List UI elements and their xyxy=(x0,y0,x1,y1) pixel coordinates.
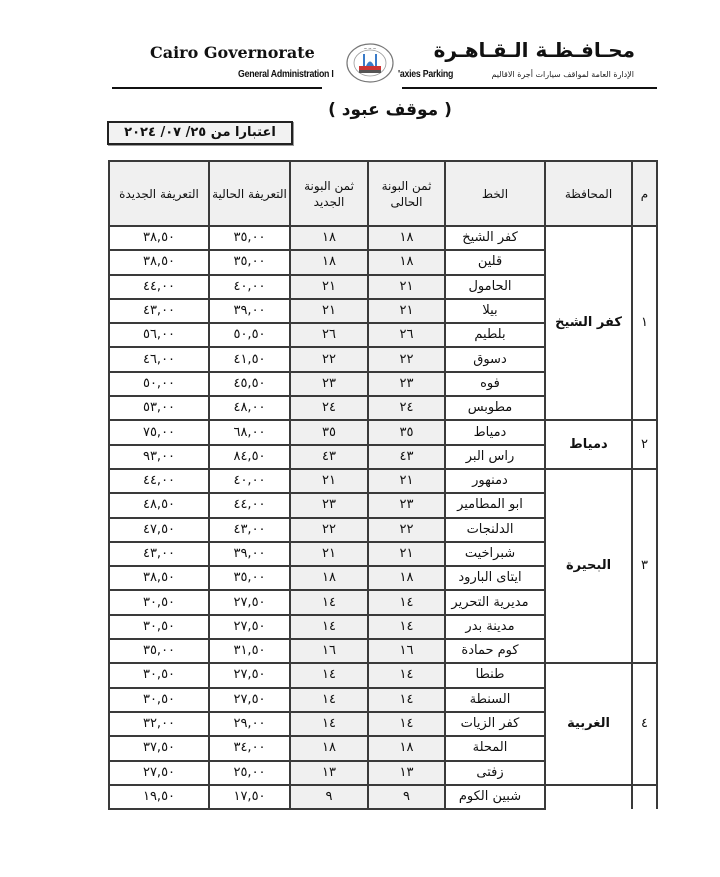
governorate-cell xyxy=(545,785,632,809)
line-name-cell: مدينة بدر xyxy=(445,615,545,639)
line-name-cell: طنطا xyxy=(445,663,545,687)
fare-current-cell: ٨٤,٥٠ xyxy=(209,445,290,469)
coupon-current-cell: ٢٣ xyxy=(368,372,445,396)
coupon-new-cell: ٢١ xyxy=(290,542,368,566)
table-row: ٢دمياطدمياط٣٥٣٥٦٨,٠٠٧٥,٠٠ xyxy=(109,420,657,444)
column-header-index: م xyxy=(632,161,657,226)
line-name-cell: المحلة xyxy=(445,736,545,760)
line-name-cell: دمياط xyxy=(445,420,545,444)
fare-new-cell: ٤٧,٥٠ xyxy=(109,518,209,542)
coupon-new-cell: ٢٣ xyxy=(290,372,368,396)
line-name-cell: بلطيم xyxy=(445,323,545,347)
coupon-current-cell: ١٦ xyxy=(368,639,445,663)
fare-current-cell: ٤٥,٥٠ xyxy=(209,372,290,396)
fare-new-cell: ٣٠,٥٠ xyxy=(109,663,209,687)
fare-current-cell: ٤٣,٠٠ xyxy=(209,518,290,542)
line-name-cell: دسوق xyxy=(445,347,545,371)
coupon-current-cell: ٢١ xyxy=(368,299,445,323)
line-name-cell: ابو المطامير xyxy=(445,493,545,517)
fare-current-cell: ٤٤,٠٠ xyxy=(209,493,290,517)
coupon-new-cell: ١٤ xyxy=(290,688,368,712)
fare-new-cell: ٤٤,٠٠ xyxy=(109,275,209,299)
fare-new-cell: ٣٨,٥٠ xyxy=(109,566,209,590)
fare-current-cell: ٢٥,٠٠ xyxy=(209,761,290,785)
fare-new-cell: ٣٠,٥٠ xyxy=(109,688,209,712)
coupon-current-cell: ٤٣ xyxy=(368,445,445,469)
column-header-fare-current: التعريفة الحالية xyxy=(209,161,290,226)
fare-new-cell: ٣٧,٥٠ xyxy=(109,736,209,760)
coupon-new-cell: ٢١ xyxy=(290,299,368,323)
line-name-cell: مطوبس xyxy=(445,396,545,420)
fare-current-cell: ٢٧,٥٠ xyxy=(209,615,290,639)
line-name-cell: كفر الزيات xyxy=(445,712,545,736)
fare-new-cell: ٧٥,٠٠ xyxy=(109,420,209,444)
group-index: ١ xyxy=(632,226,657,420)
fare-new-cell: ٤٣,٠٠ xyxy=(109,542,209,566)
fare-current-cell: ٤١,٥٠ xyxy=(209,347,290,371)
fare-new-cell: ٤٨,٥٠ xyxy=(109,493,209,517)
header-english-subtitle-right: 'axies Parking xyxy=(398,69,453,80)
coupon-current-cell: ٢٢ xyxy=(368,347,445,371)
fare-new-cell: ٣٨,٥٠ xyxy=(109,250,209,274)
fare-new-cell: ٣٠,٥٠ xyxy=(109,590,209,614)
coupon-current-cell: ٢١ xyxy=(368,469,445,493)
coupon-current-cell: ١٤ xyxy=(368,688,445,712)
column-header-line: الخط xyxy=(445,161,545,226)
column-header-coupon-new: ثمن البونة الجديد xyxy=(290,161,368,226)
column-header-coupon-current: ثمن البونة الحالى xyxy=(368,161,445,226)
fare-current-cell: ٤٨,٠٠ xyxy=(209,396,290,420)
group-index: ٤ xyxy=(632,663,657,784)
coupon-new-cell: ١٤ xyxy=(290,590,368,614)
line-name-cell: كوم حمادة xyxy=(445,639,545,663)
fare-current-cell: ٣٩,٠٠ xyxy=(209,542,290,566)
coupon-new-cell: ٢٢ xyxy=(290,518,368,542)
coupon-current-cell: ١٨ xyxy=(368,226,445,250)
fare-new-cell: ٩٣,٠٠ xyxy=(109,445,209,469)
line-name-cell: كفر الشيخ xyxy=(445,226,545,250)
fare-new-cell: ٥٣,٠٠ xyxy=(109,396,209,420)
coupon-new-cell: ٤٣ xyxy=(290,445,368,469)
fare-current-cell: ٦٨,٠٠ xyxy=(209,420,290,444)
coupon-current-cell: ١٤ xyxy=(368,590,445,614)
coupon-current-cell: ١٤ xyxy=(368,663,445,687)
fare-new-cell: ٣٥,٠٠ xyxy=(109,639,209,663)
svg-text:~ ~ ~: ~ ~ ~ xyxy=(364,46,377,51)
fare-current-cell: ٤٠,٠٠ xyxy=(209,275,290,299)
line-name-cell: فوه xyxy=(445,372,545,396)
fare-current-cell: ٢٧,٥٠ xyxy=(209,663,290,687)
column-header-fare-new: التعريفة الجديدة xyxy=(109,161,209,226)
fare-current-cell: ٤٠,٠٠ xyxy=(209,469,290,493)
coupon-current-cell: ٢١ xyxy=(368,542,445,566)
header-arabic-title: محـافـظـة الـقـاهـرة xyxy=(434,38,635,62)
governorate-emblem-icon: ~ ~ ~ xyxy=(345,42,395,84)
coupon-current-cell: ٢٤ xyxy=(368,396,445,420)
coupon-new-cell: ١٤ xyxy=(290,712,368,736)
coupon-new-cell: ١٦ xyxy=(290,639,368,663)
coupon-current-cell: ١٤ xyxy=(368,615,445,639)
fare-new-cell: ٤٣,٠٠ xyxy=(109,299,209,323)
line-name-cell: شبين الكوم xyxy=(445,785,545,809)
coupon-current-cell: ٢٢ xyxy=(368,518,445,542)
header-arabic-subtitle: الإدارة العامة لمواقف سيارات أجرة الاقال… xyxy=(491,70,634,79)
line-name-cell: الدلنجات xyxy=(445,518,545,542)
coupon-new-cell: ١٤ xyxy=(290,615,368,639)
coupon-current-cell: ١٨ xyxy=(368,566,445,590)
fare-current-cell: ٢٧,٥٠ xyxy=(209,688,290,712)
table-row: ٣البحيرةدمنهور٢١٢١٤٠,٠٠٤٤,٠٠ xyxy=(109,469,657,493)
column-header-governorate: المحافظة xyxy=(545,161,632,226)
effective-date-box: اعتبارا من ٢٥/ ٠٧/ ٢٠٢٤ xyxy=(107,121,293,145)
coupon-new-cell: ١٨ xyxy=(290,226,368,250)
coupon-current-cell: ٩ xyxy=(368,785,445,809)
table-row: ٤الغربيةطنطا١٤١٤٢٧,٥٠٣٠,٥٠ xyxy=(109,663,657,687)
line-name-cell: بيلا xyxy=(445,299,545,323)
coupon-current-cell: ١٤ xyxy=(368,712,445,736)
coupon-new-cell: ٢٦ xyxy=(290,323,368,347)
fare-current-cell: ٣٥,٠٠ xyxy=(209,250,290,274)
coupon-new-cell: ١٤ xyxy=(290,663,368,687)
governorate-cell: دمياط xyxy=(545,420,632,469)
header-english-title: Cairo Governorate xyxy=(150,43,315,62)
line-name-cell: الحامول xyxy=(445,275,545,299)
governorate-cell: البحيرة xyxy=(545,469,632,663)
governorate-cell: الغربية xyxy=(545,663,632,784)
coupon-new-cell: ٢١ xyxy=(290,275,368,299)
fare-new-cell: ٥٠,٠٠ xyxy=(109,372,209,396)
coupon-current-cell: ١٨ xyxy=(368,250,445,274)
coupon-new-cell: ١٨ xyxy=(290,736,368,760)
line-name-cell: زفتى xyxy=(445,761,545,785)
fare-current-cell: ٣١,٥٠ xyxy=(209,639,290,663)
fare-current-cell: ٣٤,٠٠ xyxy=(209,736,290,760)
fare-current-cell: ٣٩,٠٠ xyxy=(209,299,290,323)
fare-new-cell: ٥٦,٠٠ xyxy=(109,323,209,347)
coupon-new-cell: ١٨ xyxy=(290,566,368,590)
fare-current-cell: ٣٥,٠٠ xyxy=(209,566,290,590)
coupon-new-cell: ٢٤ xyxy=(290,396,368,420)
governorate-cell: كفر الشيخ xyxy=(545,226,632,420)
line-name-cell: دمنهور xyxy=(445,469,545,493)
coupon-new-cell: ١٣ xyxy=(290,761,368,785)
fare-new-cell: ١٩,٥٠ xyxy=(109,785,209,809)
fare-current-cell: ٢٩,٠٠ xyxy=(209,712,290,736)
coupon-current-cell: ٢٣ xyxy=(368,493,445,517)
coupon-current-cell: ١٨ xyxy=(368,736,445,760)
group-index: ٣ xyxy=(632,469,657,663)
fare-new-cell: ٤٤,٠٠ xyxy=(109,469,209,493)
station-title: ( موقف عبود ) xyxy=(320,100,460,120)
line-name-cell: ايتاى البارود xyxy=(445,566,545,590)
fare-current-cell: ٥٠,٥٠ xyxy=(209,323,290,347)
fare-current-cell: ٣٥,٠٠ xyxy=(209,226,290,250)
fare-table-body: ١كفر الشيخكفر الشيخ١٨١٨٣٥,٠٠٣٨,٥٠قلين١٨١… xyxy=(109,226,657,809)
line-name-cell: قلين xyxy=(445,250,545,274)
fare-new-cell: ٢٧,٥٠ xyxy=(109,761,209,785)
table-row: ١كفر الشيخكفر الشيخ١٨١٨٣٥,٠٠٣٨,٥٠ xyxy=(109,226,657,250)
line-name-cell: شبراخيت xyxy=(445,542,545,566)
header-english-subtitle-left: General Administration I xyxy=(238,69,334,80)
fare-new-cell: ٤٦,٠٠ xyxy=(109,347,209,371)
fare-table: م المحافظة الخط ثمن البونة الحالى ثمن ال… xyxy=(108,160,658,810)
coupon-new-cell: ٢٢ xyxy=(290,347,368,371)
coupon-new-cell: ٣٥ xyxy=(290,420,368,444)
table-header-row: م المحافظة الخط ثمن البونة الحالى ثمن ال… xyxy=(109,161,657,226)
line-name-cell: السنطة xyxy=(445,688,545,712)
coupon-current-cell: ٢٦ xyxy=(368,323,445,347)
header-rule-right xyxy=(402,87,657,89)
group-index: ٢ xyxy=(632,420,657,469)
group-index xyxy=(632,785,657,809)
line-name-cell: مديرية التحرير xyxy=(445,590,545,614)
fare-current-cell: ٢٧,٥٠ xyxy=(209,590,290,614)
fare-new-cell: ٣٢,٠٠ xyxy=(109,712,209,736)
header-rule-left xyxy=(112,87,322,89)
line-name-cell: راس البر xyxy=(445,445,545,469)
coupon-new-cell: ٢٣ xyxy=(290,493,368,517)
table-row: شبين الكوم٩٩١٧,٥٠١٩,٥٠ xyxy=(109,785,657,809)
fare-current-cell: ١٧,٥٠ xyxy=(209,785,290,809)
coupon-current-cell: ١٣ xyxy=(368,761,445,785)
coupon-current-cell: ٣٥ xyxy=(368,420,445,444)
coupon-new-cell: ١٨ xyxy=(290,250,368,274)
fare-new-cell: ٣٨,٥٠ xyxy=(109,226,209,250)
coupon-current-cell: ٢١ xyxy=(368,275,445,299)
fare-new-cell: ٣٠,٥٠ xyxy=(109,615,209,639)
coupon-new-cell: ٩ xyxy=(290,785,368,809)
coupon-new-cell: ٢١ xyxy=(290,469,368,493)
